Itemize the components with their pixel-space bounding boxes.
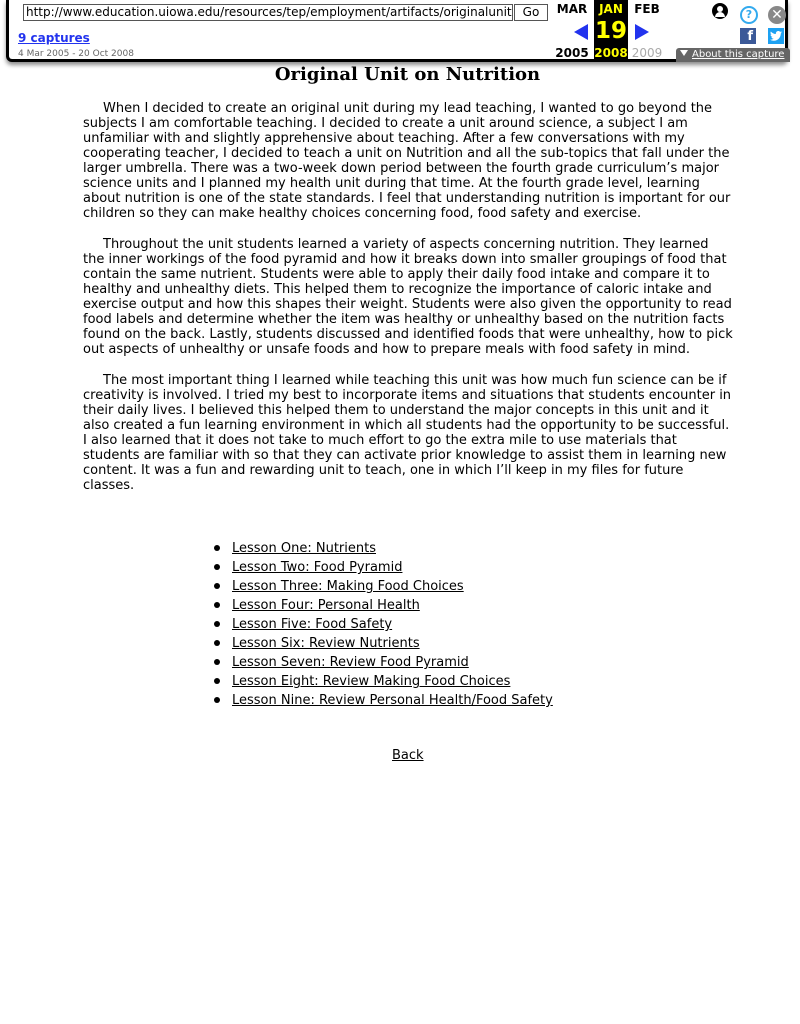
about-capture-label: About this capture: [692, 49, 784, 60]
list-item: Lesson One: Nutrients: [232, 539, 553, 558]
paragraph: When I decided to create an original uni…: [83, 101, 733, 221]
prev-month[interactable]: MAR: [552, 2, 592, 16]
paragraph: Throughout the unit students learned a v…: [83, 237, 733, 357]
page-title: Original Unit on Nutrition: [0, 64, 800, 85]
article-body: When I decided to create an original uni…: [83, 101, 733, 509]
lesson-link[interactable]: Lesson One: Nutrients: [232, 541, 376, 556]
next-year: 2009: [627, 46, 667, 60]
twitter-icon[interactable]: [768, 28, 784, 44]
current-capture-column: JAN 19 2008: [594, 0, 628, 62]
lesson-link[interactable]: Lesson Four: Personal Health: [232, 598, 420, 613]
prev-year[interactable]: 2005: [552, 46, 592, 60]
url-input[interactable]: http://www.education.uiowa.edu/resources…: [23, 4, 513, 21]
lesson-link[interactable]: Lesson Nine: Review Personal Health/Food…: [232, 693, 553, 708]
lesson-link[interactable]: Lesson Three: Making Food Choices: [232, 579, 464, 594]
list-item: Lesson Two: Food Pyramid: [232, 558, 553, 577]
list-item: Lesson Four: Personal Health: [232, 596, 553, 615]
next-capture-column[interactable]: FEB 2009: [627, 0, 667, 62]
current-year: 2008: [594, 46, 628, 60]
go-button[interactable]: Go: [514, 4, 548, 21]
lesson-link[interactable]: Lesson Eight: Review Making Food Choices: [232, 674, 510, 689]
capture-date-range: 4 Mar 2005 - 20 Oct 2008: [18, 49, 134, 59]
list-item: Lesson Seven: Review Food Pyramid: [232, 653, 553, 672]
current-month: JAN: [594, 2, 628, 16]
prev-arrow-icon[interactable]: [574, 24, 588, 40]
about-capture-button[interactable]: About this capture: [676, 48, 790, 62]
list-item: Lesson Five: Food Safety: [232, 615, 553, 634]
lesson-link[interactable]: Lesson Six: Review Nutrients: [232, 636, 420, 651]
user-account-icon[interactable]: [712, 3, 728, 19]
next-month[interactable]: FEB: [627, 2, 667, 16]
facebook-icon[interactable]: f: [740, 28, 756, 44]
list-item: Lesson Eight: Review Making Food Choices: [232, 672, 553, 691]
help-icon[interactable]: ?: [740, 6, 758, 24]
captures-link[interactable]: 9 captures: [18, 31, 90, 45]
close-icon[interactable]: ✕: [768, 6, 786, 24]
list-item: Lesson Three: Making Food Choices: [232, 577, 553, 596]
triangle-down-icon: [680, 50, 688, 56]
lesson-link[interactable]: Lesson Seven: Review Food Pyramid: [232, 655, 469, 670]
back-link[interactable]: Back: [392, 748, 424, 763]
lesson-list: Lesson One: Nutrients Lesson Two: Food P…: [232, 539, 553, 710]
lesson-link[interactable]: Lesson Two: Food Pyramid: [232, 560, 402, 575]
list-item: Lesson Six: Review Nutrients: [232, 634, 553, 653]
list-item: Lesson Nine: Review Personal Health/Food…: [232, 691, 553, 710]
paragraph: The most important thing I learned while…: [83, 373, 733, 493]
lesson-link[interactable]: Lesson Five: Food Safety: [232, 617, 392, 632]
current-day: 19: [594, 18, 628, 44]
wayback-toolbar: http://www.education.uiowa.edu/resources…: [6, 0, 788, 62]
